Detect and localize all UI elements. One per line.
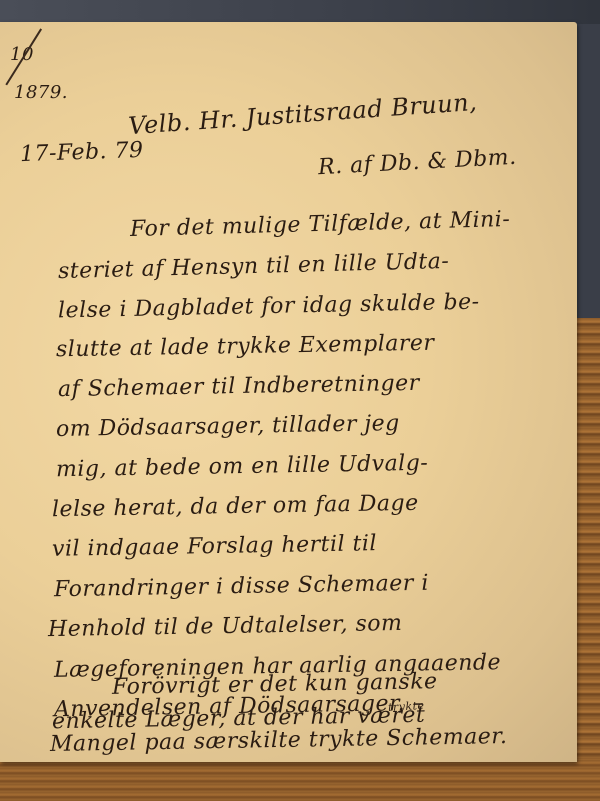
addressee-line-1: Velb. Hr. Justitsraad Bruun, <box>127 88 478 140</box>
archive-mark-denominator: 1879. <box>14 82 68 103</box>
body-line: Henhold til de Udtalelser, som <box>48 611 403 642</box>
body-line: steriet af Hensyn til en lille Udta- <box>58 249 450 284</box>
wooden-table <box>0 760 600 801</box>
letter-paper: 10 1879. Velb. Hr. Justitsraad Bruun, R.… <box>0 22 577 762</box>
body-line: lelse i Dagbladet for idag skulde be- <box>58 290 480 324</box>
addressee-line-2: R. af Db. & Dbm. <box>317 145 517 180</box>
backdrop-board <box>0 0 600 24</box>
body-line: af Schemaer til Indberetninger <box>58 371 420 402</box>
body-line: Forandringer i disse Schemaer i <box>54 571 429 603</box>
body-line: mig, at bede om en lille Udvalg- <box>56 451 429 482</box>
body-line: lelse herat, da der om faa Dage <box>52 491 419 522</box>
body-line: slutte at lade trykke Exemplarer <box>56 331 435 363</box>
archive-mark: 10 1879. <box>6 44 66 154</box>
body-line: om Dödsaarsager, tillader jeg <box>56 411 400 442</box>
letter-date: 17-Feb. 79 <box>20 138 144 167</box>
body-line: For det mulige Tilfælde, at Mini- <box>130 207 511 242</box>
wooden-table-edge <box>574 318 600 778</box>
interlinear-insertion: trykte <box>388 699 425 714</box>
body-line: vil indgaae Forslag hertil til <box>52 531 377 562</box>
